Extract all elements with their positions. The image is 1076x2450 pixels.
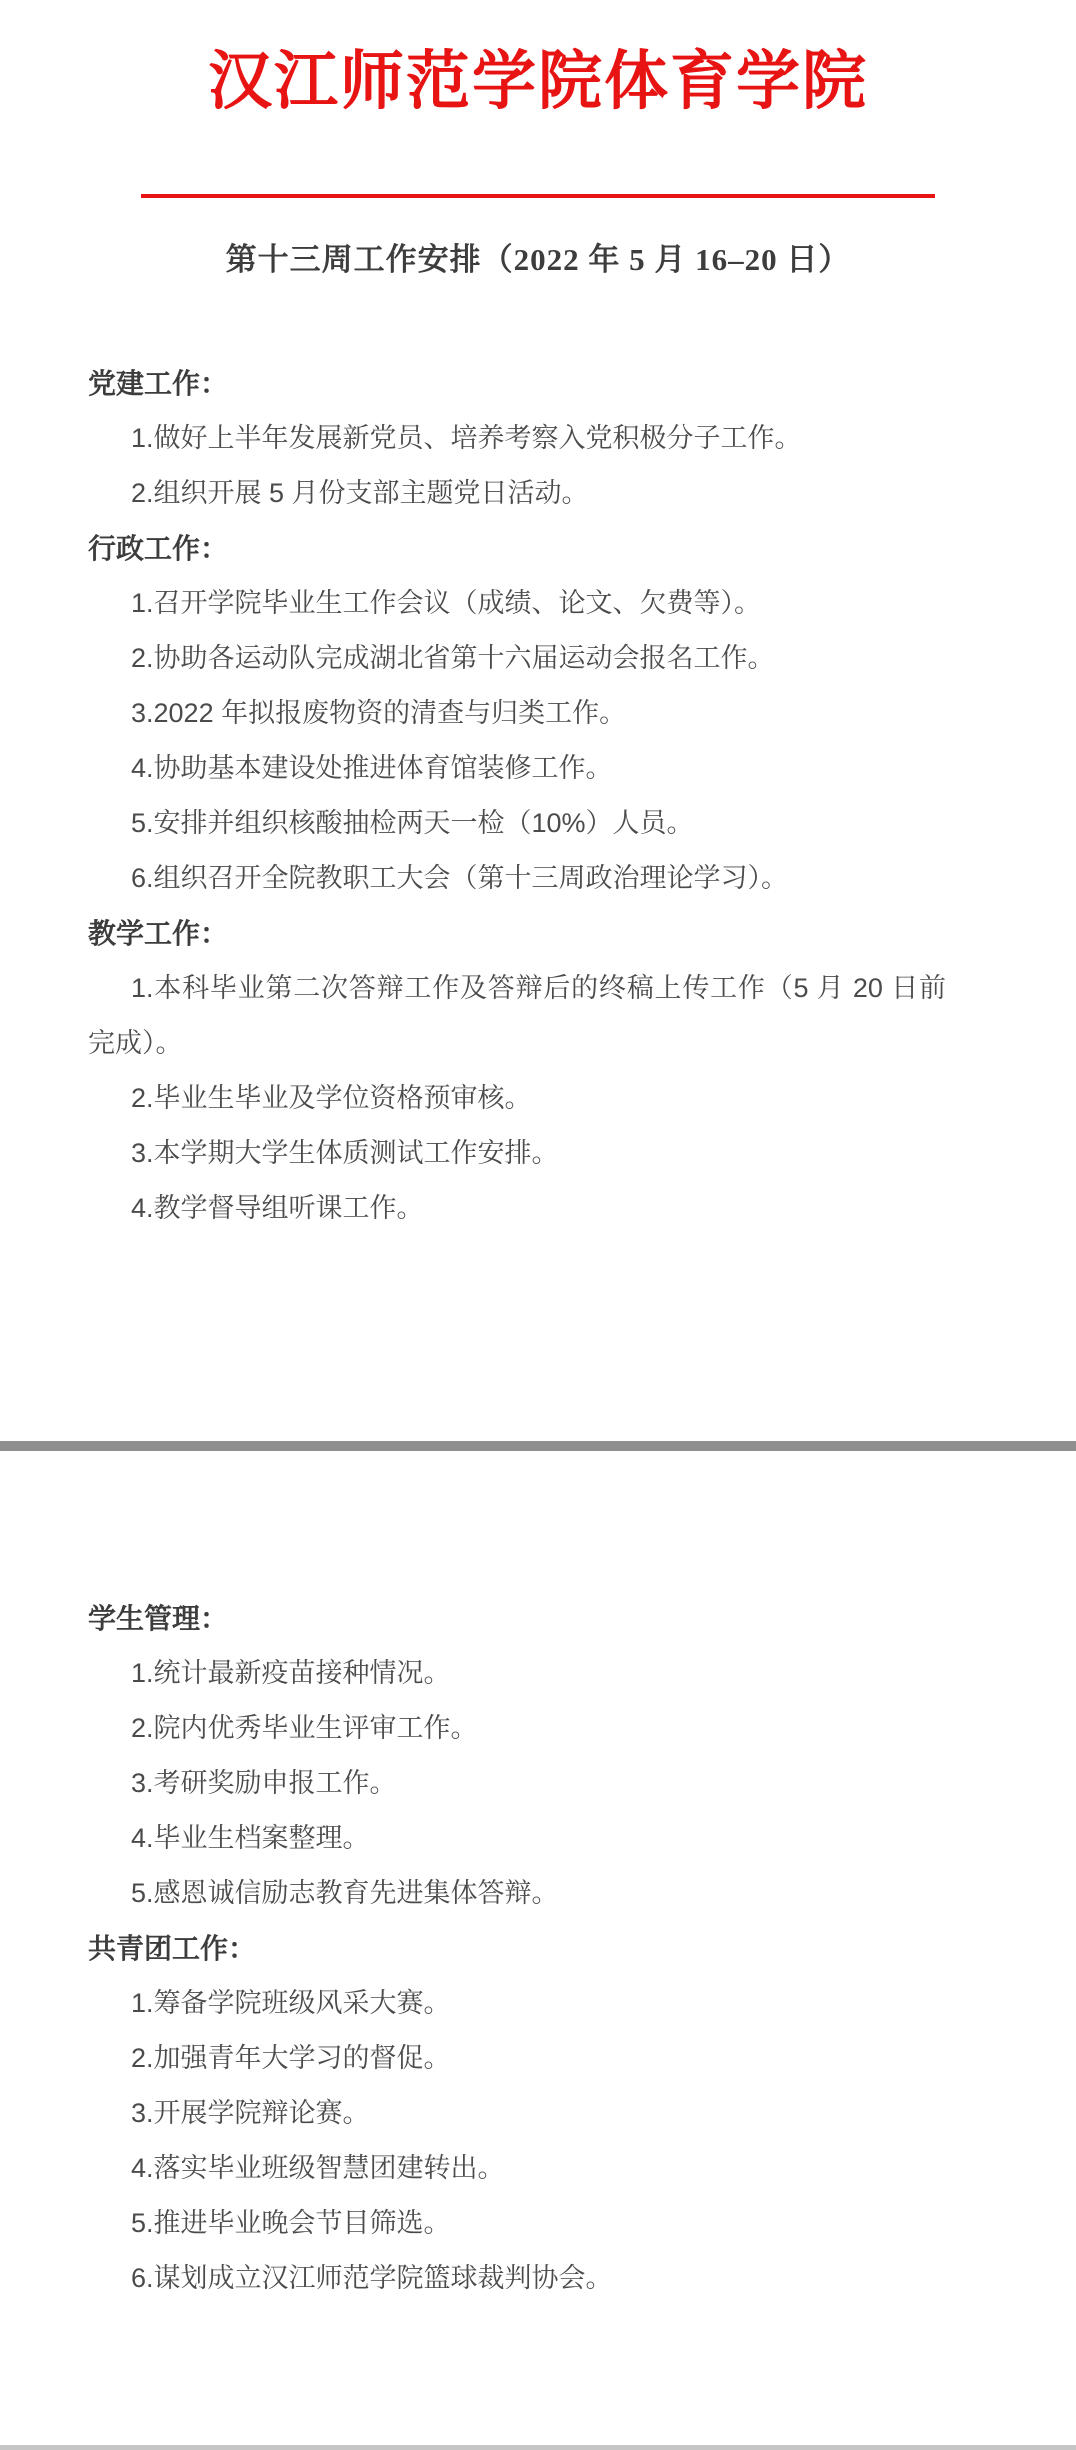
work-item: 1.统计最新疫苗接种情况。 (88, 1646, 946, 1701)
work-item: 1.本科毕业第二次答辩工作及答辩后的终稿上传工作（5 月 20 日前完成）。 (88, 961, 946, 1071)
work-item: 6.谋划成立汉江师范学院篮球裁判协会。 (88, 2251, 946, 2306)
work-item: 4.协助基本建设处推进体育馆装修工作。 (88, 741, 946, 796)
work-item: 1.召开学院毕业生工作会议（成绩、论文、欠费等）。 (88, 576, 946, 631)
work-item: 5.安排并组织核酸抽检两天一检（10%）人员。 (88, 796, 946, 851)
page-1-body: 党建工作： 1.做好上半年发展新党员、培养考察入党积极分子工作。 2.组织开展 … (88, 356, 946, 1236)
section-heading-party: 党建工作： (88, 356, 946, 411)
work-item: 5.推进毕业晚会节目筛选。 (88, 2196, 946, 2251)
document-title: 汉江师范学院体育学院 (0, 0, 1076, 118)
work-item: 1.做好上半年发展新党员、培养考察入党积极分子工作。 (88, 411, 946, 466)
work-item: 4.教学督导组听课工作。 (88, 1181, 946, 1236)
work-item: 2.院内优秀毕业生评审工作。 (88, 1701, 946, 1756)
work-item: 3.考研奖励申报工作。 (88, 1756, 946, 1811)
page-2-body: 学生管理： 1.统计最新疫苗接种情况。 2.院内优秀毕业生评审工作。 3.考研奖… (88, 1591, 946, 2306)
work-item: 5.感恩诚信励志教育先进集体答辩。 (88, 1866, 946, 1921)
work-item: 4.落实毕业班级智慧团建转出。 (88, 2141, 946, 2196)
work-item: 3.2022 年拟报废物资的清查与归类工作。 (88, 686, 946, 741)
page-1: 汉江师范学院体育学院 第十三周工作安排（2022 年 5 月 16–20 日） … (0, 0, 1076, 1236)
section-heading-youth-league: 共青团工作： (88, 1921, 946, 1976)
work-item: 3.开展学院辩论赛。 (88, 2086, 946, 2141)
work-item: 2.组织开展 5 月份支部主题党日活动。 (88, 466, 946, 521)
title-underline (141, 194, 935, 198)
work-item: 2.毕业生毕业及学位资格预审核。 (88, 1071, 946, 1126)
work-item: 3.本学期大学生体质测试工作安排。 (88, 1126, 946, 1181)
page-edge-line (0, 2445, 1076, 2450)
work-item: 2.加强青年大学习的督促。 (88, 2031, 946, 2086)
work-item: 4.毕业生档案整理。 (88, 1811, 946, 1866)
section-heading-admin: 行政工作： (88, 521, 946, 576)
work-item: 6.组织召开全院教职工大会（第十三周政治理论学习）。 (88, 851, 946, 906)
work-item: 1.筹备学院班级风采大赛。 (88, 1976, 946, 2031)
document-subtitle: 第十三周工作安排（2022 年 5 月 16–20 日） (0, 242, 1076, 278)
page-divider (0, 1441, 1076, 1451)
page-2: 学生管理： 1.统计最新疫苗接种情况。 2.院内优秀毕业生评审工作。 3.考研奖… (0, 1591, 1076, 2306)
work-item: 2.协助各运动队完成湖北省第十六届运动会报名工作。 (88, 631, 946, 686)
section-heading-students: 学生管理： (88, 1591, 946, 1646)
section-heading-teaching: 教学工作： (88, 906, 946, 961)
